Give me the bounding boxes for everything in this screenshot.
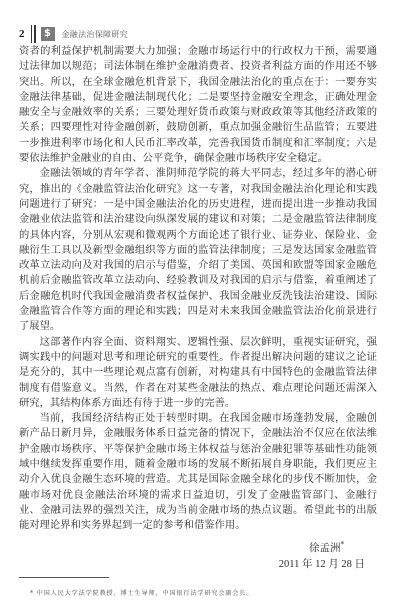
running-header: 2 $ 金融法治保障研究 (19, 24, 128, 44)
page-number: 2 (19, 28, 25, 40)
running-title: 金融法治保障研究 (62, 29, 128, 40)
author-name: 徐孟洲 (309, 542, 341, 554)
paragraph: 当前，我国经济结构正处于转型时期。在我国金融市场蓬勃发展，金融创新产品日新月异，… (19, 411, 377, 533)
body-text: 资者的利益保护机制需要大力加强；金融市场运行中的行政权力干预，需要通过法律加以规… (19, 44, 377, 534)
footnote: * 中国人民大学法学院教授、博士生导师，中国银行法学研究会副会长。 (30, 588, 253, 597)
footnote-divider (19, 577, 109, 578)
signature-date: 2011 年 12 月 28 日 (279, 556, 365, 571)
footnote-marker: * (341, 541, 345, 549)
paragraph-continued: 资者的利益保护机制需要大力加强；金融市场运行中的行政权力干预，需要通过法律加以规… (19, 44, 377, 166)
signature-name: 徐孟洲* (309, 540, 344, 555)
book-emblem-icon: $ (41, 27, 55, 41)
paragraph: 这部著作内容全面、资料翔实、逻辑性强、层次鲜明，重视实证研究，强调实践中的问题对… (19, 335, 377, 411)
paragraph: 金融法领域的青年学者、淮阴师范学院的蒋大平同志，经过多年的潜心研究，推出的《金融… (19, 166, 377, 334)
header-double-rule (31, 25, 36, 43)
